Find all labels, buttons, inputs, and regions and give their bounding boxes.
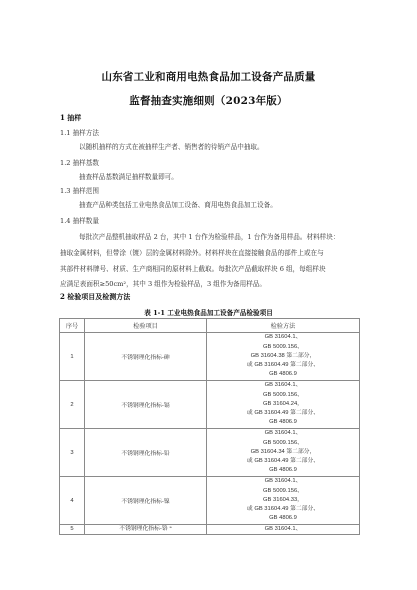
method-line: GB 31604.1、	[207, 381, 359, 390]
method-line: GB 31604.33，	[207, 496, 359, 505]
row-index: 3	[60, 429, 85, 477]
subsection-heading-1-3: 1.3 抽样范围	[60, 185, 99, 195]
inspection-items-table: 序号 检验项目 检验方法 1 不锈钢理化指标-砷 GB 31604.1、 GB …	[59, 318, 360, 535]
table-row: 4 不锈钢理化指标-镍 GB 31604.1、 GB 5009.156、 GB …	[60, 477, 360, 525]
row-index: 2	[60, 381, 85, 429]
table-row: 3 不锈钢理化指标-铅 GB 31604.1、 GB 5009.156、 GB …	[60, 429, 360, 477]
row-methods: GB 31604.1、 GB 5009.156、 GB 31604.24， 或 …	[207, 381, 360, 429]
method-line: GB 5009.156、	[207, 343, 359, 352]
row-item: 不锈钢理化指标-铅	[85, 429, 207, 477]
method-line: GB 31604.1、	[207, 333, 359, 342]
row-index: 4	[60, 477, 85, 525]
row-methods: GB 31604.1、	[207, 525, 360, 535]
method-line: 或 GB 31604.49 第二部分、	[207, 505, 359, 514]
method-line: GB 4806.9	[207, 514, 359, 523]
row-methods: GB 31604.1、 GB 5009.156、 GB 31604.38 第二部…	[207, 333, 360, 381]
method-line: GB 5009.156、	[207, 487, 359, 496]
table-row: 2 不锈钢理化指标-镉 GB 31604.1、 GB 5009.156、 GB …	[60, 381, 360, 429]
document-title-line2: 监督抽查实施细则（2023年版）	[0, 93, 417, 108]
header-index: 序号	[60, 319, 85, 333]
method-line: GB 4806.9	[207, 418, 359, 427]
method-line: 或 GB 31604.49 第二部分、	[207, 457, 359, 466]
subsection-heading-1-2: 1.2 抽样基数	[60, 157, 99, 167]
row-methods: GB 31604.1、 GB 5009.156、 GB 31604.34 第二部…	[207, 429, 360, 477]
method-line: GB 31604.1、	[207, 477, 359, 486]
header-method: 检验方法	[207, 319, 360, 333]
row-index: 1	[60, 333, 85, 381]
subsection-heading-1-4: 1.4 抽样数量	[60, 215, 99, 225]
method-line: 或 GB 31604.49 第二部分、	[207, 409, 359, 418]
document-title-line1: 山东省工业和商用电热食品加工设备产品质量	[0, 69, 417, 84]
paragraph-1-4-line4: 应满足表面积≥50cm²，其中 3 组作为检验样品，3 组作为备用样品。	[60, 278, 266, 288]
subsection-heading-1-1: 1.1 抽样方法	[60, 127, 99, 137]
method-line: 或 GB 31604.49 第二部分、	[207, 361, 359, 370]
row-index: 5	[60, 525, 85, 535]
paragraph-1-3: 抽查产品种类包括工业电热食品加工设备、商用电热食品加工设备。	[79, 199, 277, 209]
table-row: 5 不锈钢理化指标-铬 ᵃ GB 31604.1、	[60, 525, 360, 535]
row-item: 不锈钢理化指标-砷	[85, 333, 207, 381]
method-line: GB 31604.1、	[207, 429, 359, 438]
table-header-row: 序号 检验项目 检验方法	[60, 319, 360, 333]
paragraph-1-4-line1: 每批次产品整机抽取样品 2 台，其中 1 台作为检验样品，1 台作为备用样品。材…	[79, 231, 339, 241]
header-item: 检验项目	[85, 319, 207, 333]
paragraph-1-1: 以随机抽样的方式在被抽样生产者、销售者的待销产品中抽取。	[79, 141, 264, 151]
method-line: GB 4806.9	[207, 370, 359, 379]
method-line: GB 31604.34 第二部分，	[207, 448, 359, 457]
document-page: 山东省工业和商用电热食品加工设备产品质量 监督抽查实施细则（2023年版） 1 …	[0, 0, 417, 590]
row-methods: GB 31604.1、 GB 5009.156、 GB 31604.33， 或 …	[207, 477, 360, 525]
row-item: 不锈钢理化指标-镉	[85, 381, 207, 429]
row-item: 不锈钢理化指标-镍	[85, 477, 207, 525]
section-heading-sampling: 1 抽样	[60, 113, 81, 123]
method-line: GB 31604.1、	[207, 525, 359, 534]
method-line: GB 4806.9	[207, 466, 359, 475]
method-line: GB 5009.156、	[207, 391, 359, 400]
paragraph-1-4-line2: 抽取金属材料，但带涂（镀）层的金属材料除外。材料样块在直接接触食品的部件上或在与	[60, 247, 324, 257]
method-line: GB 31604.24，	[207, 400, 359, 409]
row-item: 不锈钢理化指标-铬 ᵃ	[85, 525, 207, 535]
paragraph-1-4-line3: 其部件材料牌号、材质、生产商相同的原材料上截取。每批次产品截取样块 6 组，每组…	[60, 263, 326, 273]
paragraph-1-2: 抽查样品基数满足抽样数量即可。	[79, 171, 178, 181]
table-caption: 表 1-1 工业电热食品加工设备产品检验项目	[0, 307, 417, 317]
method-line: GB 5009.156、	[207, 439, 359, 448]
section-heading-inspection-items: 2 检验项目及检测方法	[60, 292, 130, 302]
table-row: 1 不锈钢理化指标-砷 GB 31604.1、 GB 5009.156、 GB …	[60, 333, 360, 381]
method-line: GB 31604.38 第二部分，	[207, 352, 359, 361]
